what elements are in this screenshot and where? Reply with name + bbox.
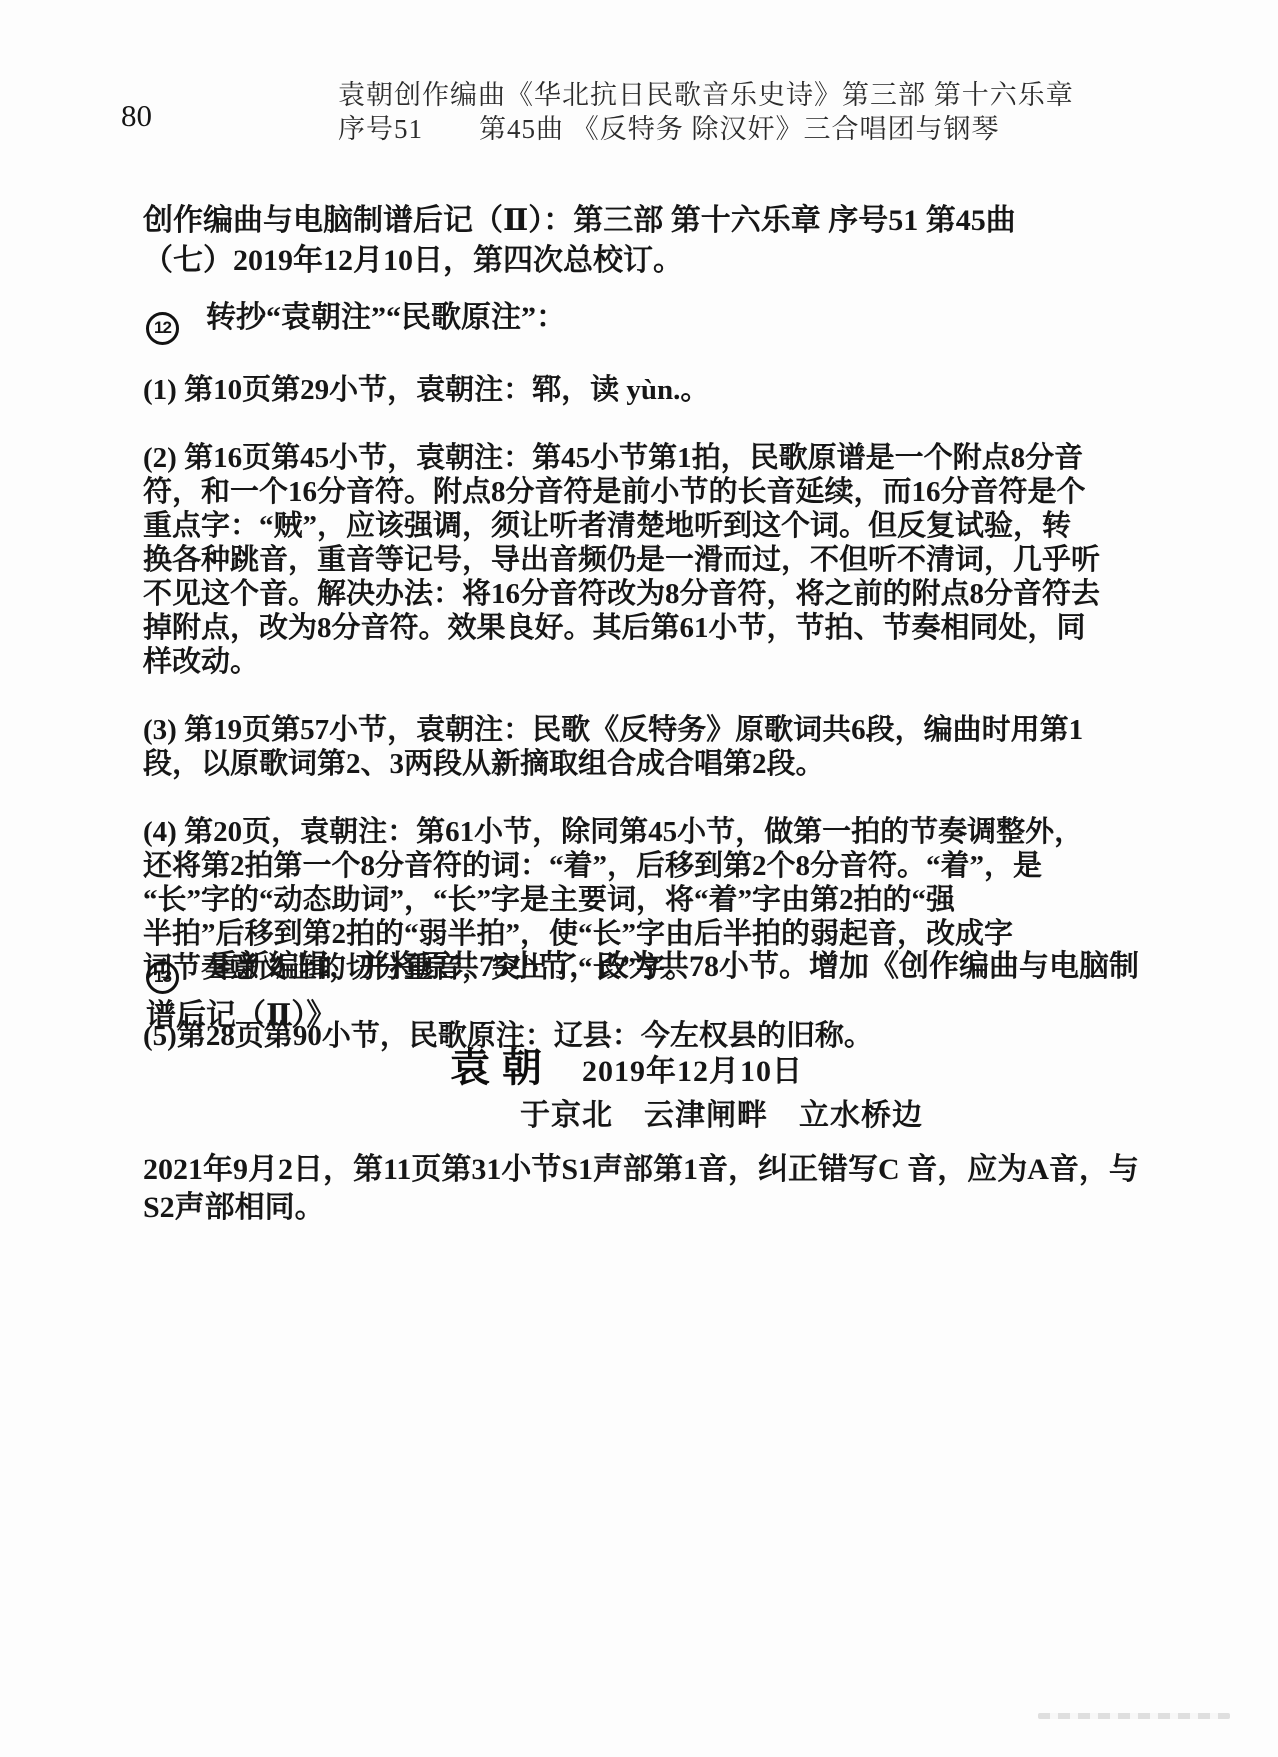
page-number: 80	[121, 98, 152, 134]
running-header: 袁朝创作编曲《华北抗日民歌音乐史诗》第三部 第十六乐章 序号51 第45曲 《反…	[338, 78, 1074, 146]
annotation-item-1: (1) 第10页第29小节，袁朝注：郓，读 yùn.。	[143, 373, 1155, 407]
signature-name: 袁朝	[450, 1036, 554, 1093]
intro-paragraph: 创作编曲与电脑制谱后记（Ⅱ）：第三部 第十六乐章 序号51 第45曲 （七）20…	[143, 201, 1153, 281]
signature-date: 2019年12月10日	[582, 1046, 803, 1090]
signature-line: 袁朝 2019年12月10日	[450, 1036, 803, 1093]
section-12-title: 转抄“袁朝注”“民歌原注”：	[206, 301, 566, 334]
circled-number-13-icon: 13	[146, 961, 179, 994]
annotation-item-2: (2) 第16页第45小节，袁朝注：第45小节第1拍，民歌原谱是一个附点8分音 …	[143, 441, 1155, 679]
postscript-paragraph: 2021年9月2日，第11页第31小节S1声部第1音，纠正错写C 音，应为A音，…	[143, 1151, 1153, 1227]
annotation-item-3: (3) 第19页第57小节，袁朝注：民歌《反特务》原歌词共6段，编曲时用第1 段…	[143, 713, 1155, 781]
section-12: 12转抄“袁朝注”“民歌原注”：	[146, 299, 1156, 345]
signature-place: 于京北 云津闸畔 立水桥边	[520, 1090, 923, 1134]
faint-watermark	[1038, 1713, 1230, 1719]
section-13-text: 重新编辑，并将原共75小节，改为共78小节。增加《创作编曲与电脑制 谱后记（Ⅱ）…	[146, 950, 1139, 1032]
section-13: 13重新编辑，并将原共75小节，改为共78小节。增加《创作编曲与电脑制 谱后记（…	[146, 901, 1161, 1038]
document-page: 80 袁朝创作编曲《华北抗日民歌音乐史诗》第三部 第十六乐章 序号51 第45曲…	[0, 0, 1278, 1757]
